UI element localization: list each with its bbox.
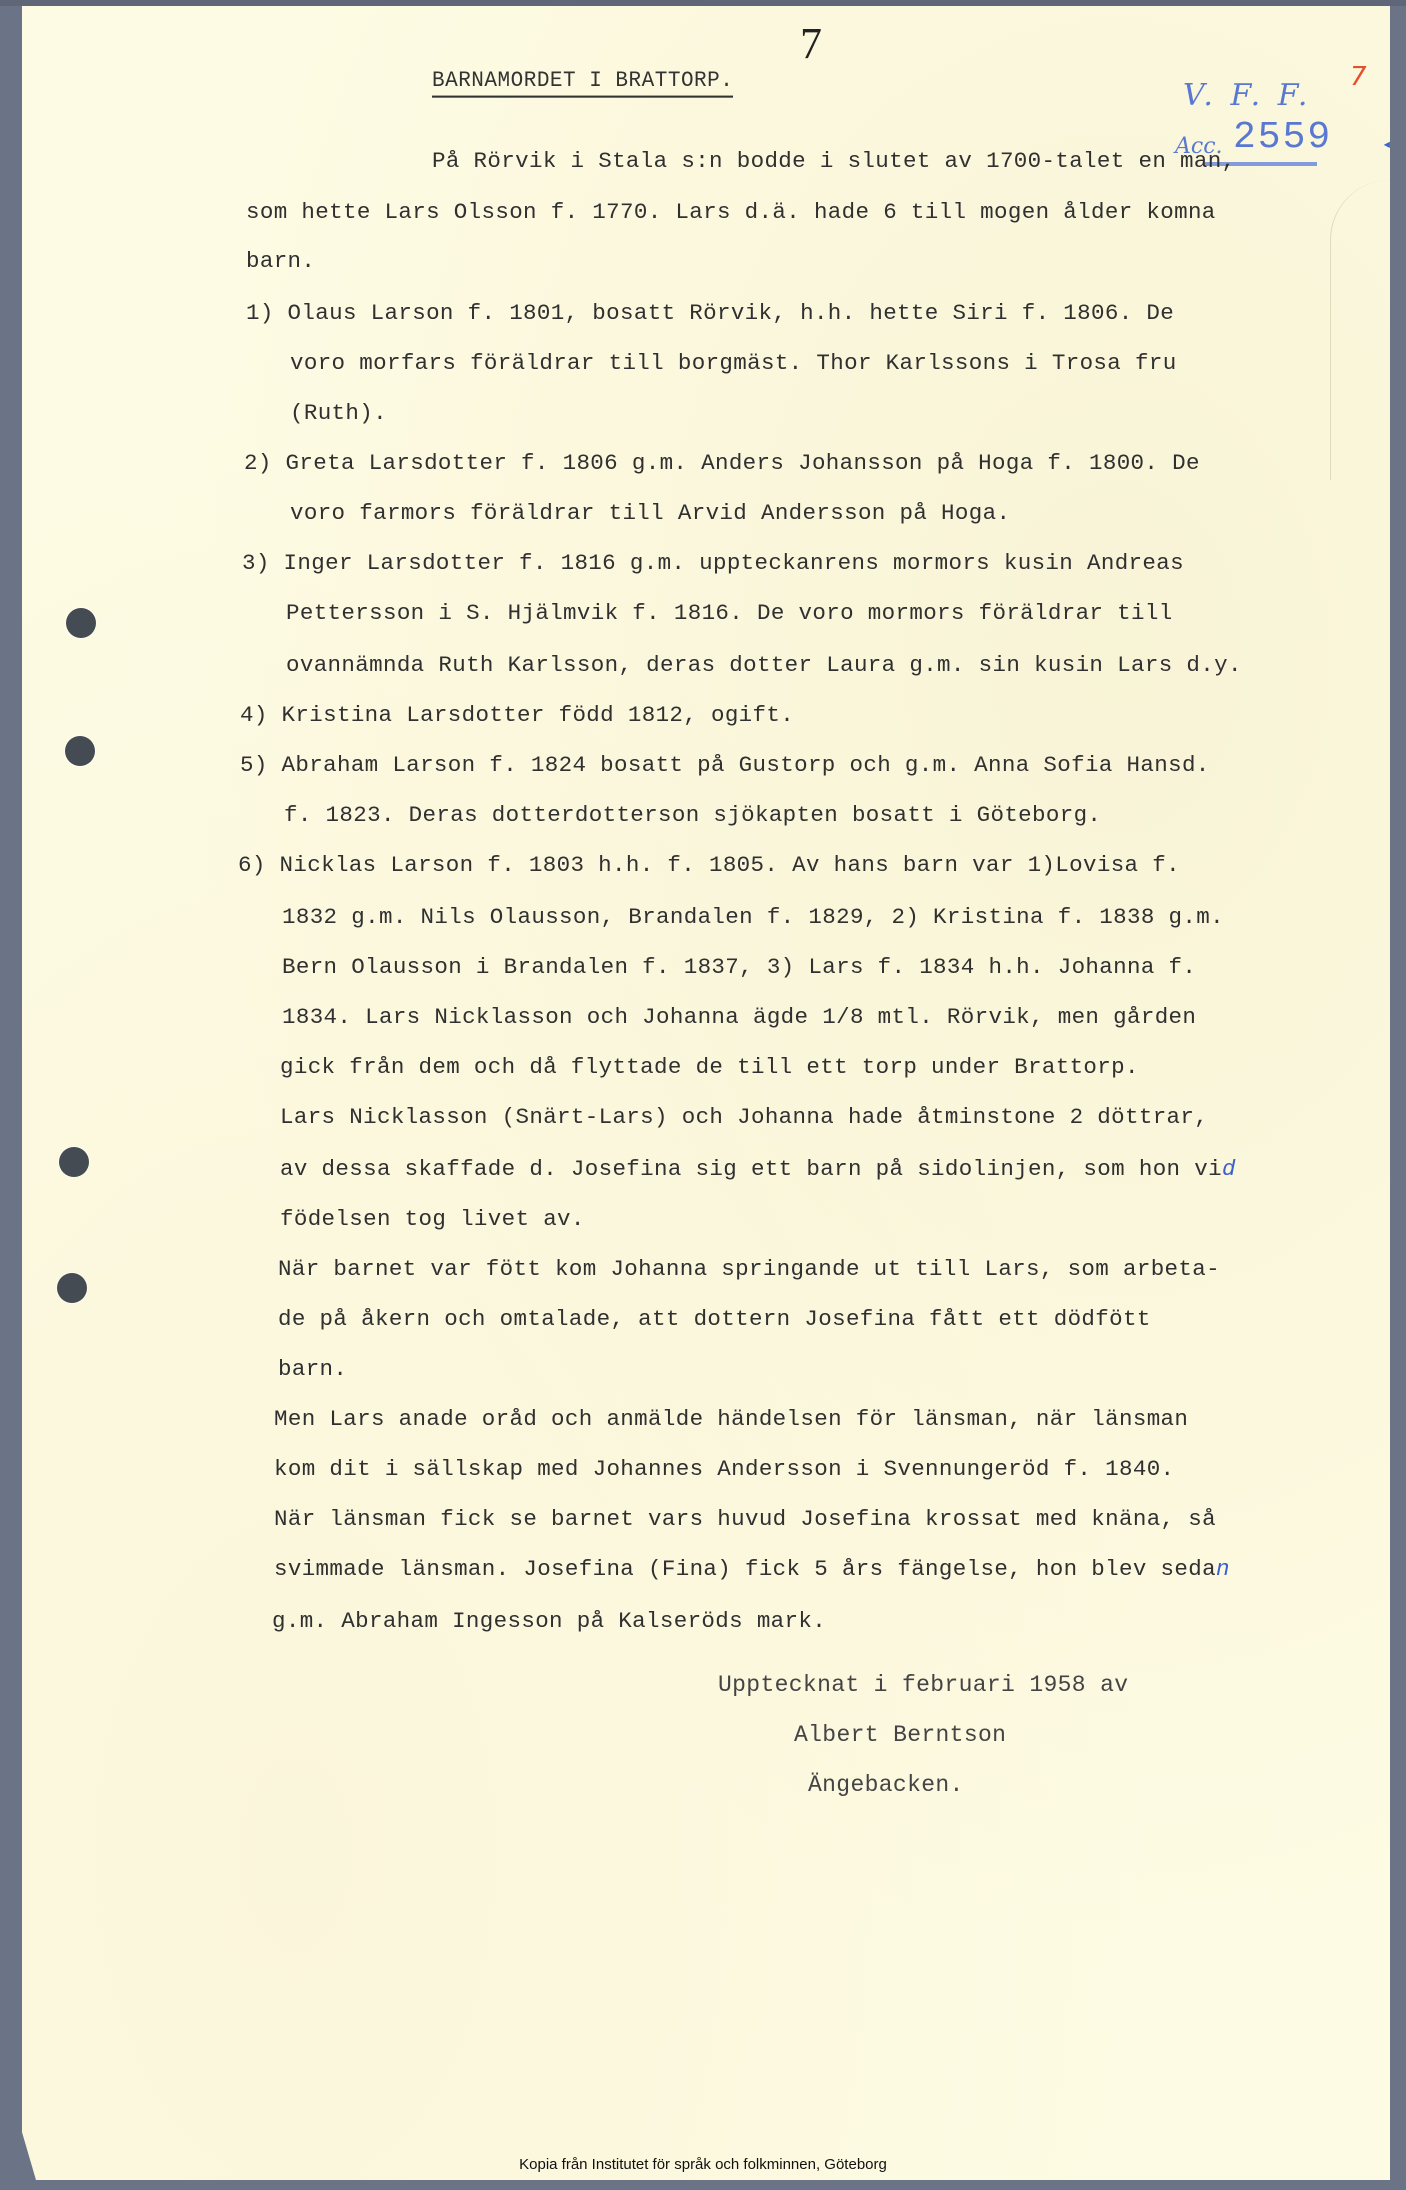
punch-hole-icon xyxy=(66,608,96,638)
list-item-4: 4) Kristina Larsdotter född 1812, ogift. xyxy=(240,702,794,728)
text-line: ovannämnda Ruth Karlsson, deras dotter L… xyxy=(286,652,1242,678)
text-line: gick från dem och då flyttade de till et… xyxy=(280,1054,1139,1080)
red-pencil-page-mark: 7 xyxy=(1350,62,1367,92)
text-line: Pettersson i S. Hjälmvik f. 1816. De vor… xyxy=(286,600,1173,626)
list-item-5: 5) Abraham Larson f. 1824 bosatt på Gust… xyxy=(240,752,1210,778)
text-line: svimmade länsman. Josefina (Fina) fick 5… xyxy=(274,1556,1230,1582)
paper-fold-line xyxy=(1330,180,1391,480)
scanner-bed-top xyxy=(0,0,1406,6)
signature-author: Albert Berntson xyxy=(794,1722,1006,1748)
text-line: Lars Nicklasson (Snärt-Lars) och Johanna… xyxy=(280,1104,1208,1130)
text-line: 1832 g.m. Nils Olausson, Brandalen f. 18… xyxy=(282,904,1224,930)
text-line: 1834. Lars Nicklasson och Johanna ägde 1… xyxy=(282,1004,1196,1030)
list-item-1: 1) Olaus Larson f. 1801, bosatt Rörvik, … xyxy=(246,300,1174,326)
text-line: de på åkern och omtalade, att dottern Jo… xyxy=(278,1306,1151,1332)
text-line: f. 1823. Deras dotterdotterson sjökapten… xyxy=(284,802,1101,828)
text-line: voro morfars föräldrar till borgmäst. Th… xyxy=(290,350,1177,376)
text-line: kom dit i sällskap med Johannes Andersso… xyxy=(274,1456,1174,1482)
punch-hole-icon xyxy=(59,1147,89,1177)
handwritten-correction: d xyxy=(1222,1156,1236,1182)
text-line: av dessa skaffade d. Josefina sig ett ba… xyxy=(280,1156,1236,1182)
text-line: Bern Olausson i Brandalen f. 1837, 3) La… xyxy=(282,954,1196,980)
text-line-typed: svimmade länsman. Josefina (Fina) fick 5… xyxy=(274,1556,1216,1582)
punch-hole-icon xyxy=(57,1273,87,1303)
signature-date-line: Uppteсknat i februari 1958 av xyxy=(718,1672,1128,1698)
handwritten-correction: n xyxy=(1216,1556,1230,1582)
list-item-2: 2) Greta Larsdotter f. 1806 g.m. Anders … xyxy=(244,450,1200,476)
text-line: När länsman fick se barnet vars huvud Jo… xyxy=(274,1506,1216,1532)
text-line: g.m. Abraham Ingesson på Kalseröds mark. xyxy=(272,1608,826,1634)
blue-tick-mark-icon: ◂ xyxy=(1382,134,1392,154)
text-line: barn. xyxy=(246,248,315,274)
stamp-accession-number: 2559 xyxy=(1233,116,1332,159)
document-page xyxy=(22,6,1390,2180)
text-line: födelsen tog livet av. xyxy=(280,1206,585,1232)
list-item-6: 6) Nicklas Larson f. 1803 h.h. f. 1805. … xyxy=(238,852,1180,878)
signature-place: Ängebacken. xyxy=(808,1772,964,1798)
page-number: 7 xyxy=(800,18,822,69)
text-line: När barnet var fött kom Johanna springan… xyxy=(278,1256,1220,1282)
punch-hole-icon xyxy=(65,736,95,766)
archive-copy-footer: Kopia från Institutet för språk och folk… xyxy=(0,2156,1406,2173)
list-item-3: 3) Inger Larsdotter f. 1816 g.m. uppteck… xyxy=(242,550,1184,576)
text-line: barn. xyxy=(278,1356,347,1382)
document-title: BARNAMORDET I BRATTORP. xyxy=(432,69,733,97)
text-line: (Ruth). xyxy=(290,400,387,426)
text-line-typed: av dessa skaffade d. Josefina sig ett ba… xyxy=(280,1156,1222,1182)
text-line: På Rörvik i Stala s:n bodde i slutet av … xyxy=(432,148,1235,174)
text-line: som hette Lars Olsson f. 1770. Lars d.ä.… xyxy=(246,199,1216,225)
text-line: voro farmors föräldrar till Arvid Anders… xyxy=(290,500,1010,526)
text-line: Men Lars anade oråd och anmälde händelse… xyxy=(274,1406,1188,1432)
stamp-initials: V. F. F. xyxy=(1183,78,1311,113)
